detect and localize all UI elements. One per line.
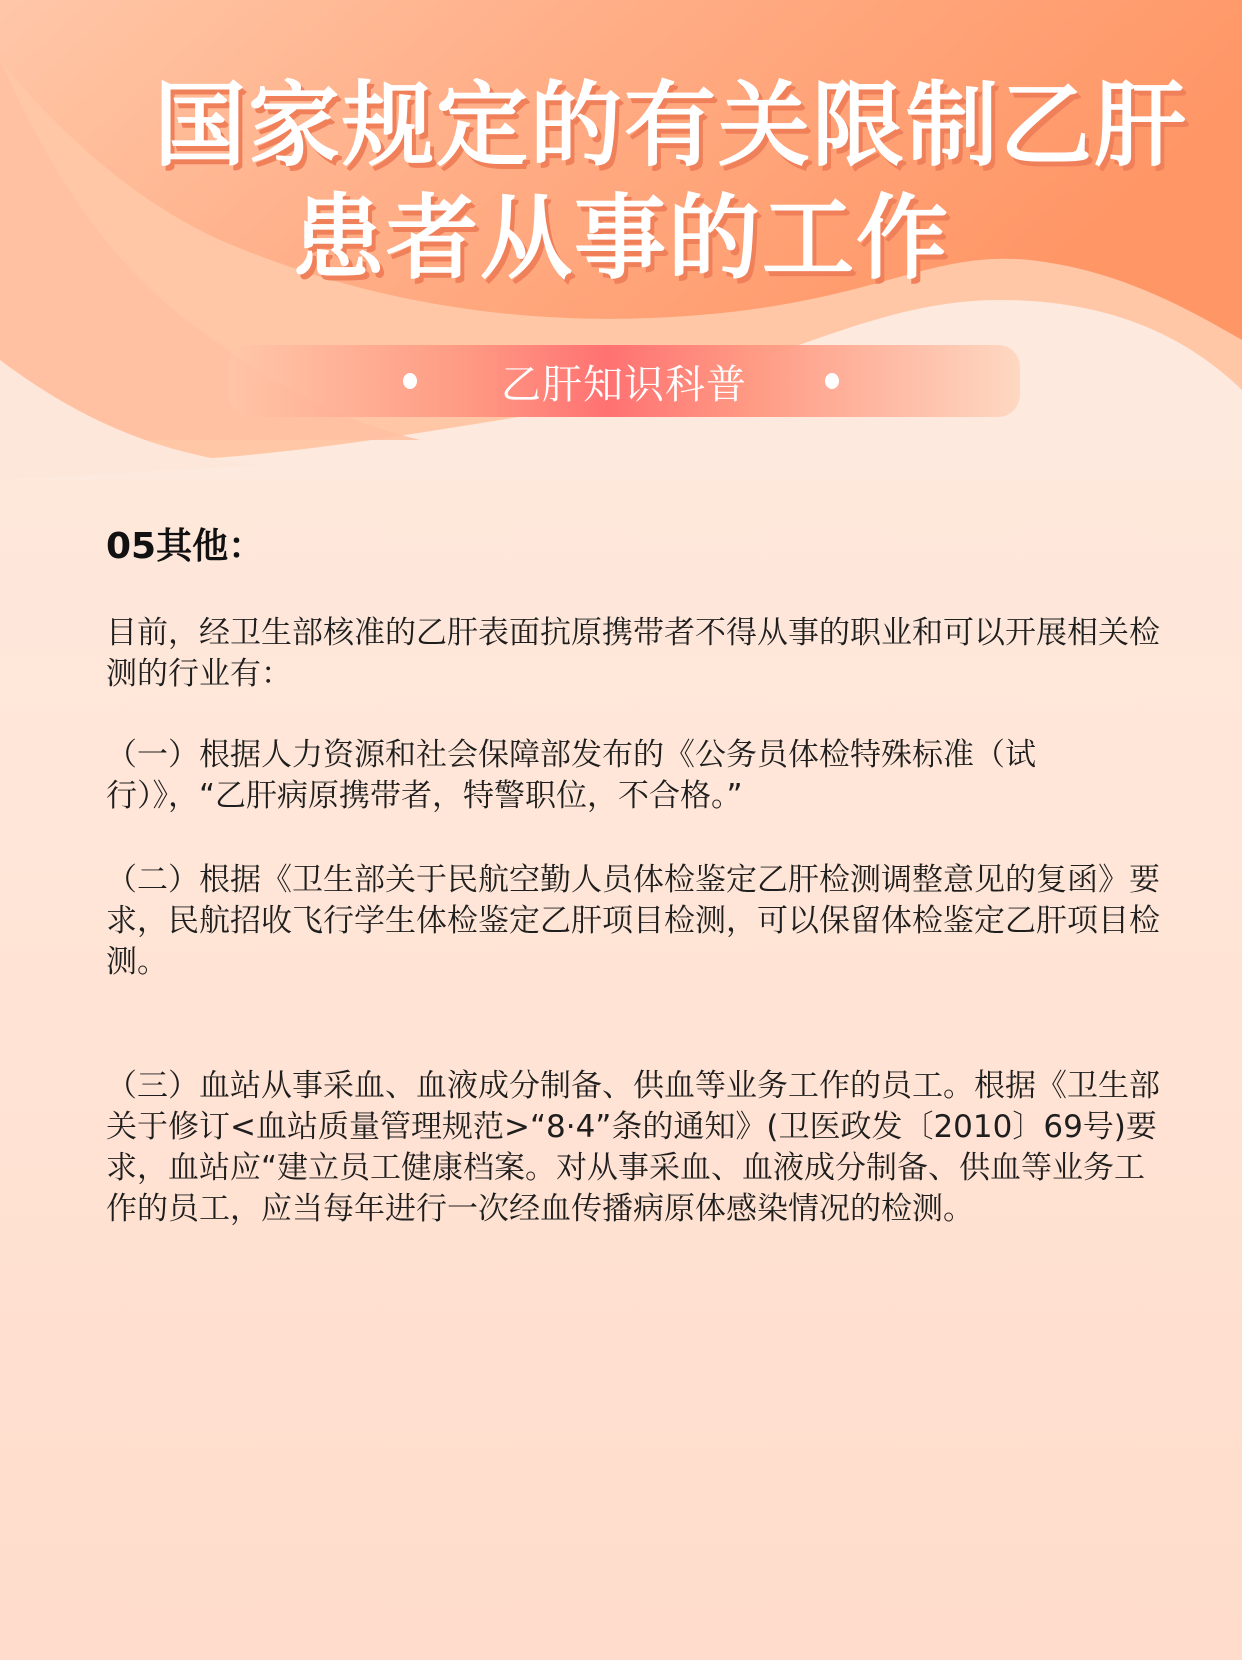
intro-paragraph: 目前，经卫生部核准的乙肝表面抗原携带者不得从事的职业和可以开展相关检测的行业有：: [106, 613, 1176, 695]
item-paragraph-2: （二）根据《卫生部关于民航空勤人员体检鉴定乙肝检测调整意见的复函》要求，民航招收…: [106, 860, 1176, 983]
item-paragraph-3: （三）血站从事采血、血液成分制备、供血等业务工作的员工。根据《卫生部关于修订<血…: [106, 1066, 1176, 1230]
category-tag: 乙肝知识科普: [228, 345, 1020, 417]
section-heading: 05其他：: [106, 518, 264, 569]
page-title-line-1: 国家规定的有关限制乙肝: [50, 70, 1242, 182]
category-tag-label: 乙肝知识科普: [501, 353, 747, 410]
page-title-line-2: 患者从事的工作: [0, 183, 1242, 295]
item-paragraph-1: （一）根据人力资源和社会保障部发布的《公务员体检特殊标准（试行）》，“乙肝病原携…: [106, 735, 1176, 817]
dot-icon: [403, 373, 417, 389]
dot-icon: [825, 373, 839, 389]
